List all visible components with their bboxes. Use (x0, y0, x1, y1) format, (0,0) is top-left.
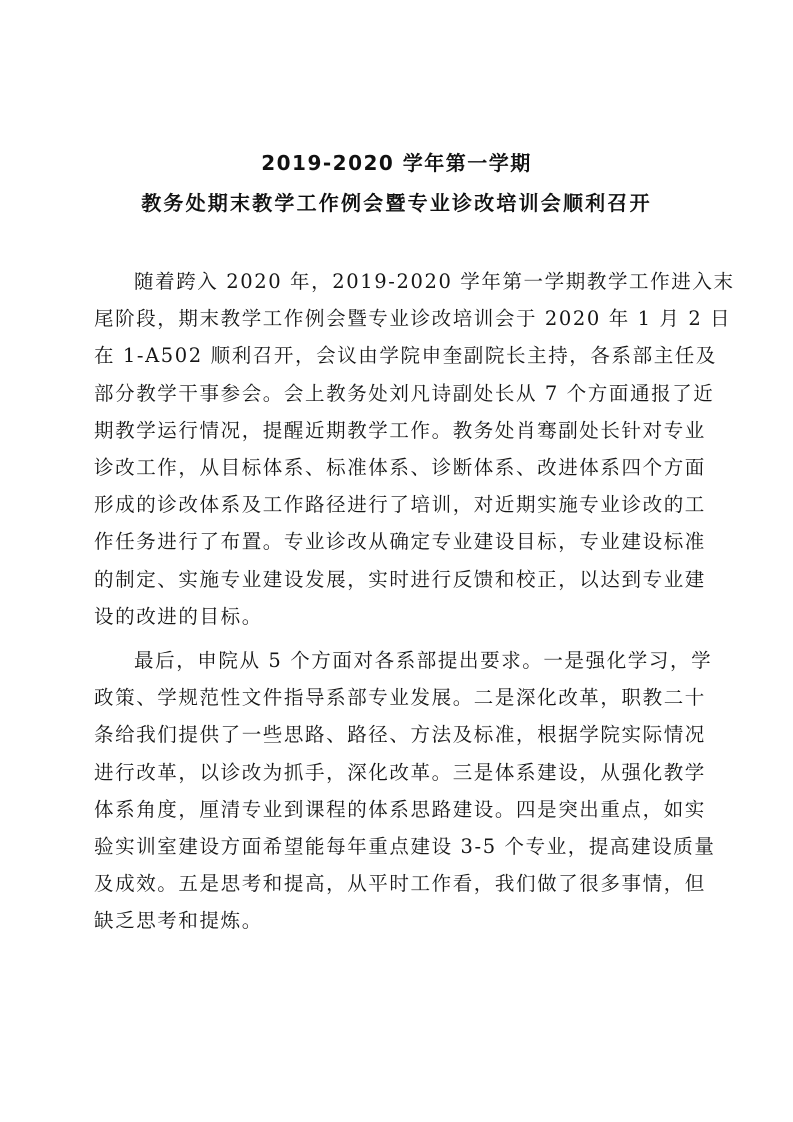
text-line: 的制定、实施专业建设发展，实时进行反馈和校正，以达到专业建 (94, 561, 700, 598)
text-line: 及成效。五是思考和提高，从平时工作看，我们做了很多事情，但 (94, 865, 700, 902)
paragraph-requirements: 最后，申院从 5 个方面对各系部提出要求。一是强化学习，学 政策、学规范性文件指… (94, 642, 700, 940)
text-line: 进行改革，以诊改为抓手，深化改革。三是体系建设，从强化教学 (94, 754, 700, 791)
text-line: 期教学运行情况，提醒近期教学工作。教务处肖骞副处长针对专业 (94, 412, 700, 449)
text-line: 在 1-A502 顺利召开，会议由学院申奎副院长主持，各系部主任及 (94, 337, 700, 374)
paragraph-meeting-summary: 随着跨入 2020 年，2019-2020 学年第一学期教学工作进入末 尾阶段，… (94, 263, 700, 635)
text-line: 体系角度，厘清专业到课程的体系思路建设。四是突出重点，如实 (94, 791, 700, 828)
title-headline: 教务处期末教学工作例会暨专业诊改培训会顺利召开 (0, 183, 793, 223)
text-line: 随着跨入 2020 年，2019-2020 学年第一学期教学工作进入末 (94, 263, 700, 300)
text-line: 条给我们提供了一些思路、路径、方法及标准，根据学院实际情况 (94, 716, 700, 753)
text-line: 诊改工作，从目标体系、标准体系、诊断体系、改进体系四个方面 (94, 449, 700, 486)
document-title: 2019-2020 学年第一学期 教务处期末教学工作例会暨专业诊改培训会顺利召开 (0, 143, 793, 223)
text-line: 验实训室建设方面希望能每年重点建设 3-5 个专业，提高建设质量 (94, 828, 700, 865)
document-page: 2019-2020 学年第一学期 教务处期末教学工作例会暨专业诊改培训会顺利召开… (0, 0, 793, 1122)
text-line: 形成的诊改体系及工作路径进行了培训，对近期实施专业诊改的工 (94, 486, 700, 523)
text-line: 设的改进的目标。 (94, 598, 700, 635)
text-line: 部分教学干事参会。会上教务处刘凡诗副处长从 7 个方面通报了近 (94, 375, 700, 412)
text-line: 最后，申院从 5 个方面对各系部提出要求。一是强化学习，学 (94, 642, 700, 679)
document-body: 随着跨入 2020 年，2019-2020 学年第一学期教学工作进入末 尾阶段，… (94, 263, 700, 940)
title-term: 2019-2020 学年第一学期 (0, 143, 793, 183)
text-line: 尾阶段，期末教学工作例会暨专业诊改培训会于 2020 年 1 月 2 日 (94, 300, 700, 337)
text-line: 作任务进行了布置。专业诊改从确定专业建设目标，专业建设标准 (94, 523, 700, 560)
text-line: 缺乏思考和提炼。 (94, 902, 700, 939)
text-line: 政策、学规范性文件指导系部专业发展。二是深化改革，职教二十 (94, 679, 700, 716)
